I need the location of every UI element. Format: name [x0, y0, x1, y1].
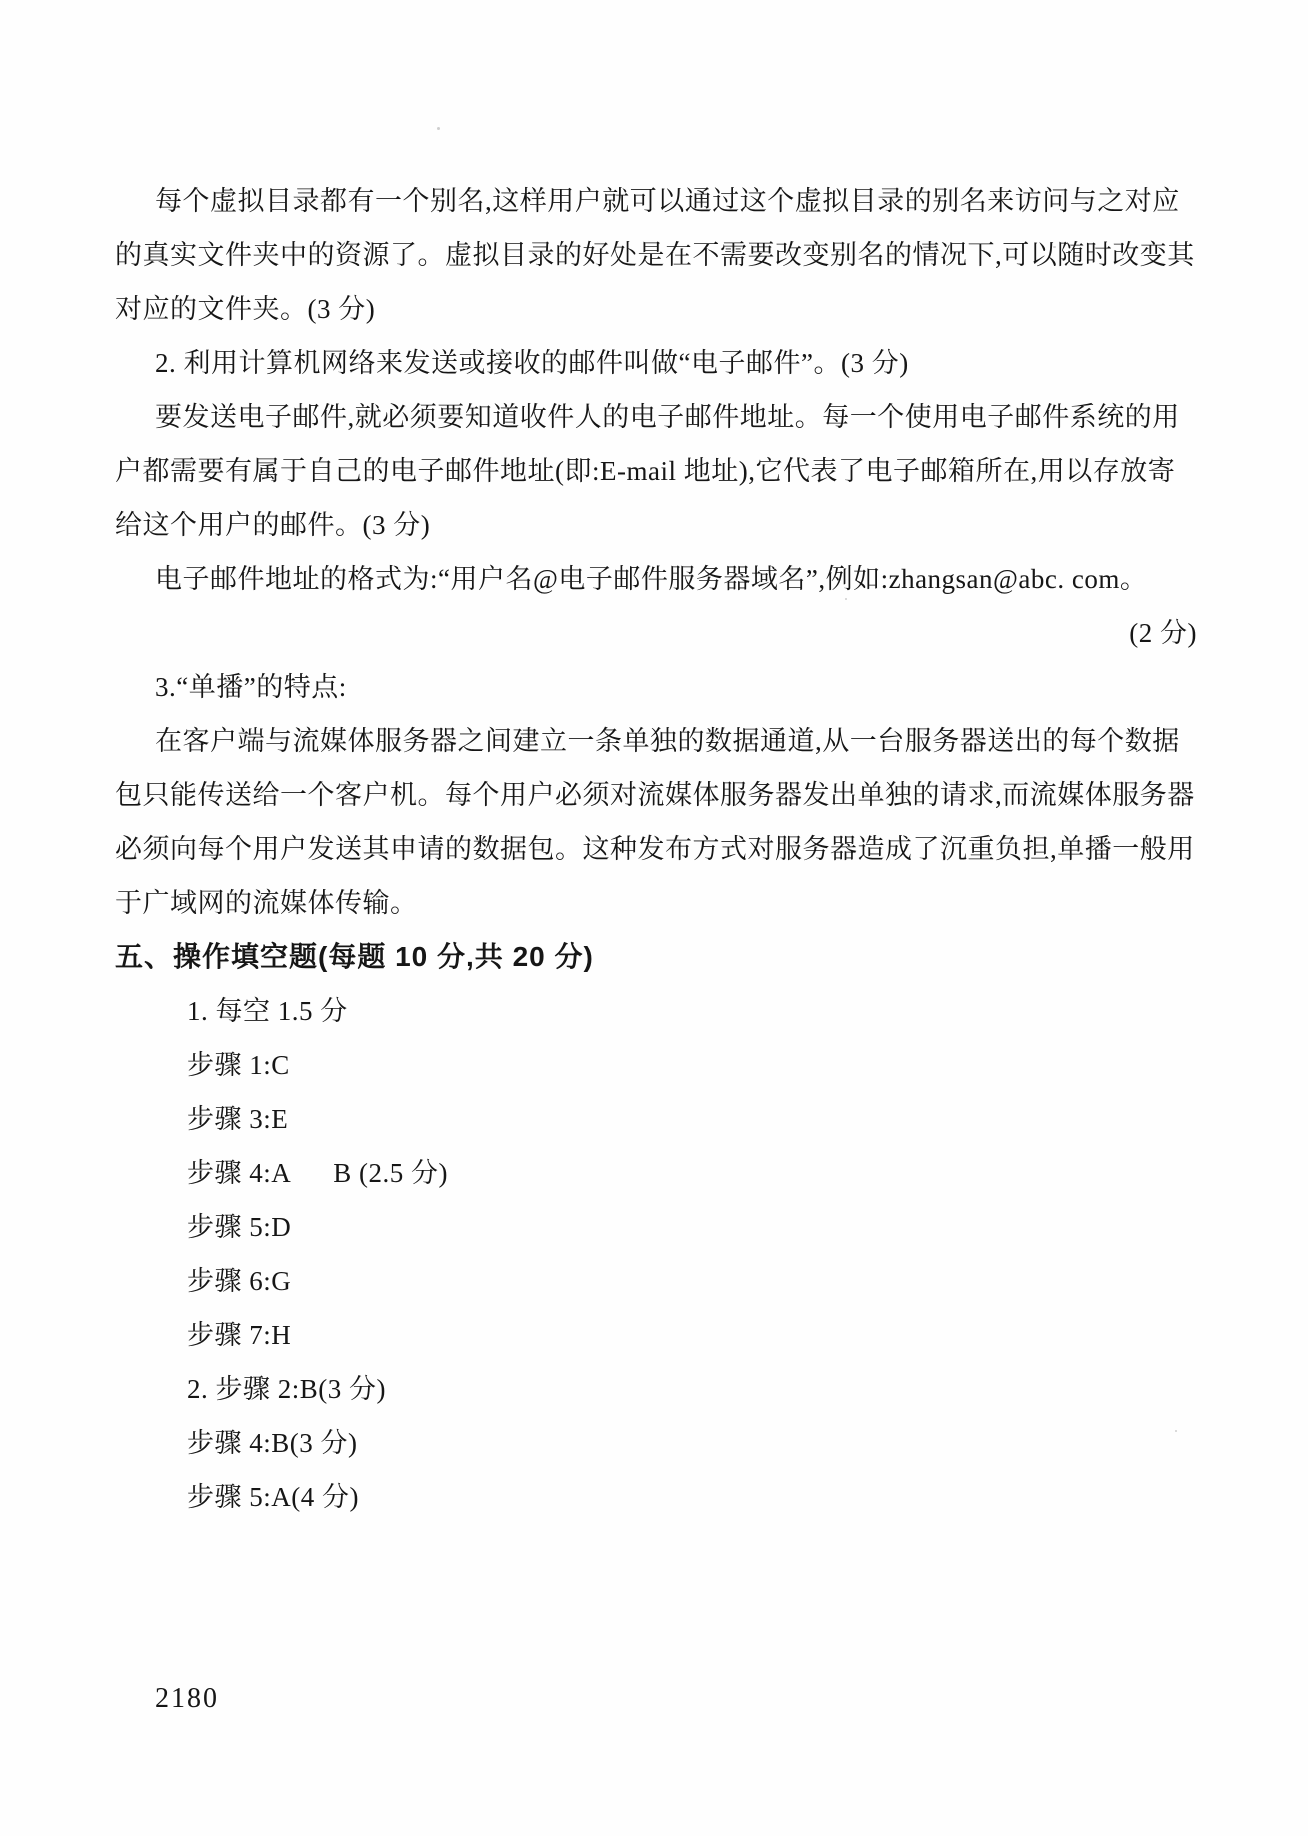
op-q1-step-4: 步骤 4:A B (2.5 分) [115, 1146, 1197, 1200]
sa-q3-line-1: 3.“单播”的特点: [115, 660, 1197, 714]
op-q2-step-4: 步骤 4:B(3 分) [115, 1416, 1197, 1470]
sa-q1-line-1: 每个虚拟目录都有一个别名,这样用户就可以通过这个虚拟目录的别名来访问与之对应 [115, 174, 1197, 228]
sa-q2-score-line: (2 分) [115, 606, 1197, 660]
scanned-answer-page: 每个虚拟目录都有一个别名,这样用户就可以通过这个虚拟目录的别名来访问与之对应 的… [0, 0, 1308, 1836]
op-q1-step-1: 步骤 1:C [115, 1038, 1197, 1092]
op-q1-step-3: 步骤 3:E [115, 1092, 1197, 1146]
scan-speck [437, 127, 440, 130]
section5-heading: 五、操作填空题(每题 10 分,共 20 分) [115, 930, 1197, 984]
sa-q2-line-3: 户都需要有属于自己的电子邮件地址(即:E-mail 地址),它代表了电子邮箱所在… [115, 444, 1197, 498]
sa-q1-line-2: 的真实文件夹中的资源了。虚拟目录的好处是在不需要改变别名的情况下,可以随时改变其 [115, 228, 1197, 282]
sa-q2-line-2: 要发送电子邮件,就必须要知道收件人的电子邮件地址。每一个使用电子邮件系统的用 [115, 390, 1197, 444]
sa-q2-line-1: 2. 利用计算机网络来发送或接收的邮件叫做“电子邮件”。(3 分) [115, 336, 1197, 390]
sa-q3-line-2: 在客户端与流媒体服务器之间建立一条单独的数据通道,从一台服务器送出的每个数据 [115, 714, 1197, 768]
op-q1-intro: 1. 每空 1.5 分 [115, 984, 1197, 1038]
sa-q3-line-3: 包只能传送给一个客户机。每个用户必须对流媒体服务器发出单独的请求,而流媒体服务器 [115, 768, 1197, 822]
text-block: 每个虚拟目录都有一个别名,这样用户就可以通过这个虚拟目录的别名来访问与之对应 的… [115, 174, 1197, 1524]
sa-q3-line-4: 必须向每个用户发送其申请的数据包。这种发布方式对服务器造成了沉重负担,单播一般用 [115, 822, 1197, 876]
op-q1-step-5: 步骤 5:D [115, 1200, 1197, 1254]
sa-q1-line-3: 对应的文件夹。(3 分) [115, 282, 1197, 336]
op-q1-step-6: 步骤 6:G [115, 1254, 1197, 1308]
sa-q3-line-5: 于广域网的流媒体传输。 [115, 876, 1197, 930]
sa-q2-line-5: 电子邮件地址的格式为:“用户名@电子邮件服务器域名”,例如:zhangsan@a… [115, 552, 1197, 606]
op-q1-step-7: 步骤 7:H [115, 1308, 1197, 1362]
page-number: 2180 [155, 1682, 219, 1716]
op-q2-step-5: 步骤 5:A(4 分) [115, 1470, 1197, 1524]
sa-q2-line-4: 给这个用户的邮件。(3 分) [115, 498, 1197, 552]
op-q2-step-2: 2. 步骤 2:B(3 分) [115, 1362, 1197, 1416]
